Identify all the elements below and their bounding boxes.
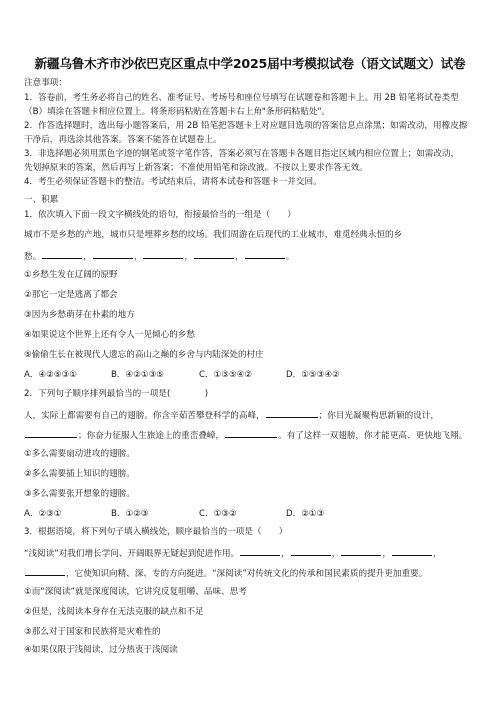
q3-passage-line-2: ，它使知识向精、深、专的方向挺进。“深阅读”对传统文化的传承和国民素质的提升更加… (24, 567, 427, 580)
note-line-3: 2．作答选择题时，选出每小题答案后，用 2B 铅笔把答题卡上对应题目选项的答案信… (24, 121, 467, 132)
q3-item-4: ④如果仅限于浅阅读，过分热衷于浅阅读 (24, 645, 178, 656)
q3-blank-5 (25, 567, 65, 576)
q3-item-3: ③那么对于国家和民族将是灾难性的 (24, 627, 161, 638)
q1-item-3: ③因为乡愁萌芽在朴素的地方 (24, 310, 135, 321)
q2-blank-3 (225, 429, 277, 438)
q1-item-1: ①乡愁生发在辽阔的原野 (24, 270, 118, 281)
q1-passage-prefix: 愁。 (24, 252, 41, 262)
notes-heading: 注意事项： (24, 78, 67, 89)
q1-option-b[interactable]: B．④②①③⑤ (111, 370, 199, 381)
q1-passage-line-2: 愁。，，，，。 (24, 250, 294, 263)
q2-passage-line-1: 人，实际上都需要有自己的翅膀。你含辛茹苦攀登科学的高峰，；你目光凝聚构思新颖的设… (24, 409, 439, 422)
document-title: 新疆乌鲁木齐市沙依巴克区重点中学2025届中考模拟试卷（语文试题文）试卷 (0, 53, 500, 72)
q2-stem: 2．下列句子顺序排列最恰当的一项是( ) (24, 389, 208, 400)
q3-blank-4 (392, 547, 432, 556)
q1-item-4: ④如果说这个世界上还有令人一见倾心的乡愁 (24, 330, 195, 341)
q2-blank-1 (266, 409, 318, 418)
q1-item-5: ⑤偷偷生长在被现代人遗忘的高山之巅的乡舍与内陆深处的村庄 (24, 350, 264, 361)
note-line-7: 4．考生必须保证答题卡的整洁。考试结束后，请将本试卷和答题卡一并交回。 (24, 177, 322, 188)
q2-option-c[interactable]: C．①③② (199, 509, 286, 520)
q3-blank-1 (240, 547, 280, 556)
q3-item-2: ②但是，浅阅读本身存在无法克服的缺点和不足 (24, 607, 204, 618)
note-line-4: 干净后，再选涂其他答案。答案不能答在试题卷上。 (24, 135, 222, 146)
section-heading: 一、积累 (24, 195, 58, 206)
q2-option-b[interactable]: B．①②③ (111, 509, 199, 520)
q1-option-a[interactable]: A．④②⑤③① (24, 370, 111, 381)
q1-item-2: ②那它一定是逃离了都会 (24, 290, 118, 301)
note-line-6: 先划掉原来的答案，然后再写上新答案；不准使用铅笔和涂改液。不按以上要求作答无效。 (24, 163, 368, 174)
q1-blank-4 (194, 250, 234, 259)
q3-passage-line-1: “浅阅读”对我们增长学问、开阔眼界无疑起到促进作用。，，，， (24, 547, 442, 560)
q3-blank-3 (341, 547, 381, 556)
q1-blank-2 (93, 250, 133, 259)
note-line-2: （B）填涂在答题卡相应位置上。将条形码粘贴在答题卡右上角"条形码粘贴处"。 (24, 107, 330, 118)
note-line-5: 3．非选择题必须用黑色字迹的钢笔或签字笔作答，答案必须写在答题卡各题目指定区域内… (24, 149, 459, 160)
q3-stem: 3．根据语境，将下列句子填入横线处，顺序最恰当的一项是（ ） (24, 527, 287, 538)
exam-page: 新疆乌鲁木齐市沙依巴克区重点中学2025届中考模拟试卷（语文试题文）试卷 注意事… (0, 0, 500, 707)
q1-blank-1 (42, 250, 82, 259)
q2-option-a[interactable]: A．②③① (24, 509, 111, 520)
q3-item-1: ①而“深阅读”就是深度阅读，它讲究反复咀嚼、品味、思考 (24, 587, 247, 598)
q1-option-d[interactable]: D．①⑤③④② (286, 370, 340, 381)
q1-blank-5 (245, 250, 285, 259)
q1-option-c[interactable]: C．①③⑤④② (199, 370, 286, 381)
q1-stem: 1．依次填入下面一段文字横线处的语句，衔接最恰当的一组是（ ） (24, 210, 296, 221)
q2-passage-line-2: ；你奋力征服人生旅途上的重峦叠嶂，。有了这样一双翅膀，你才能更高、更快地飞翔。 (24, 429, 467, 442)
q2-blank-2 (25, 429, 77, 438)
q3-blank-2 (291, 547, 331, 556)
q1-blank-3 (143, 250, 183, 259)
q2-option-d[interactable]: D．②①③ (286, 509, 324, 520)
q2-item-3: ③多么需要张开想象的翅膀。 (24, 489, 135, 500)
q1-passage-line-1: 城市不是乡愁的产地，城市只是埋葬乡愁的坟场。我们周游在后现代的工业城市，难觅经典… (24, 230, 402, 241)
q2-item-2: ②多么需要插上知识的翅膀。 (24, 469, 135, 480)
q2-item-1: ①多么需要扇动进攻的翅膀。 (24, 449, 135, 460)
q2-options: A．②③①B．①②③C．①③②D．②①③ (24, 509, 324, 520)
note-line-1: 1．答卷前，考生务必将自己的姓名、准考证号、考场号和座位号填写在试题卷和答题卡上… (24, 93, 459, 104)
q1-options: A．④②⑤③①B．④②①③⑤C．①③⑤④②D．①⑤③④② (24, 370, 340, 381)
